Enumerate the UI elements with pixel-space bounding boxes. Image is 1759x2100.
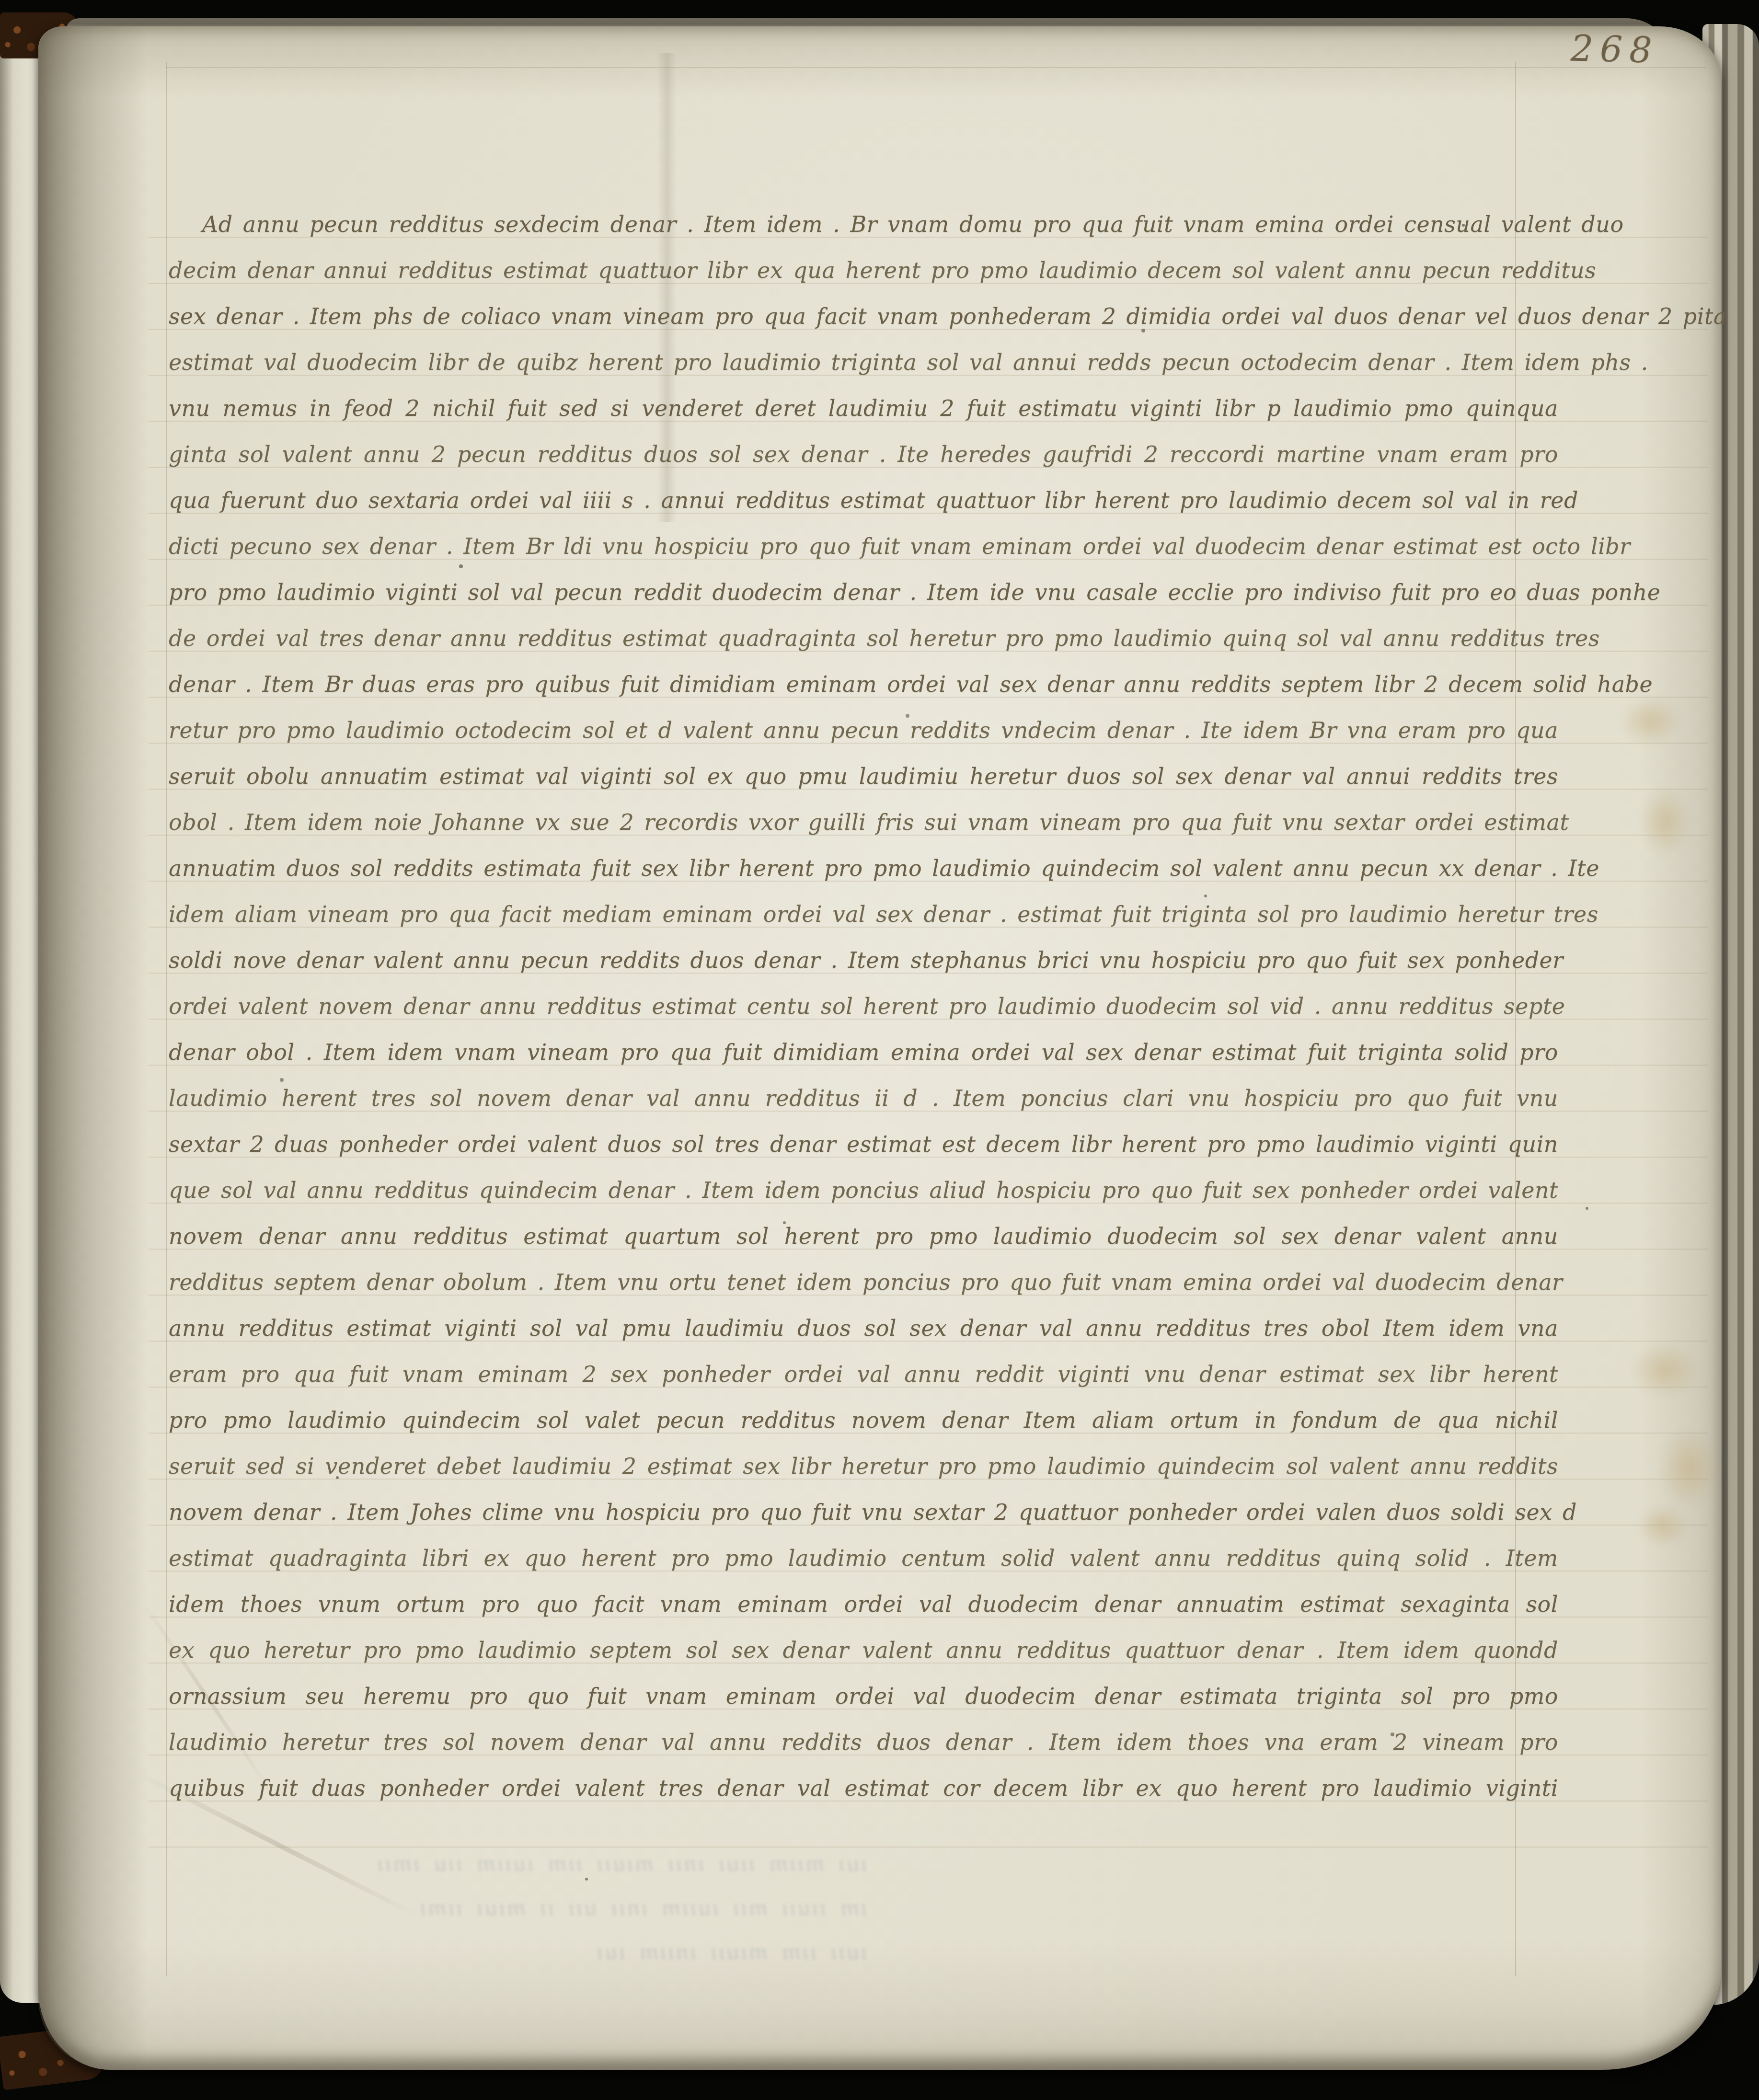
manuscript-line: ornassium seu heremu pro quo fuit vnam e… bbox=[169, 1673, 1558, 1719]
manuscript-line: seruit obolu annuatim estimat val vigint… bbox=[169, 753, 1558, 799]
manuscript-line: pro pmo laudimio viginti sol val pecun r… bbox=[169, 569, 1558, 615]
manuscript-line: estimat quadraginta libri ex quo herent … bbox=[169, 1535, 1558, 1581]
manuscript-line: ordei valent novem denar annu redditus e… bbox=[169, 983, 1558, 1029]
stain bbox=[1629, 1342, 1701, 1399]
manuscript-line: que sol val annu redditus quindecim dena… bbox=[169, 1167, 1558, 1213]
manuscript-line: idem thoes vnum ortum pro quo facit vnam… bbox=[169, 1581, 1558, 1627]
manuscript-line: annuatim duos sol reddits estimata fuit … bbox=[169, 845, 1558, 891]
show-through-line: ım ııuıı mıı ıuıım ınıı uıı ıı mıuı ıımı bbox=[187, 1886, 867, 1930]
manuscript-photo: { "folio": { "number": "268" }, "manuscr… bbox=[0, 0, 1759, 2100]
stain bbox=[1620, 695, 1682, 747]
show-through-line: ıuıı ıım mıuıı ınıım ıuı bbox=[187, 1930, 867, 1974]
manuscript-line: idem aliam vineam pro qua facit mediam e… bbox=[169, 891, 1558, 937]
manuscript-text-block: Ad annu pecun redditus sexdecim denar . … bbox=[169, 201, 1558, 1811]
manuscript-line: sex denar . Item phs de coliaco vnam vin… bbox=[169, 293, 1558, 339]
manuscript-line: quibus fuit duas ponheder ordei valent t… bbox=[169, 1765, 1558, 1811]
manuscript-line: qua fuerunt duo sextaria ordei val iiii … bbox=[169, 477, 1558, 523]
manuscript-line: decim denar annui redditus estimat quatt… bbox=[169, 247, 1558, 293]
manuscript-line: denar . Item Br duas eras pro quibus fui… bbox=[169, 661, 1558, 707]
manuscript-line: eram pro qua fuit vnam eminam 2 sex ponh… bbox=[169, 1351, 1558, 1397]
manuscript-line: vnu nemus in feod 2 nichil fuit sed si v… bbox=[169, 385, 1558, 431]
manuscript-line: ginta sol valent annu 2 pecun redditus d… bbox=[169, 431, 1558, 477]
show-through-text: ıuı mıım ııuı ınıı mıuıı ıım ıuıım ııu ı… bbox=[187, 1842, 867, 1974]
manuscript-line: seruit sed si venderet debet laudimiu 2 … bbox=[169, 1443, 1558, 1489]
manuscript-line: soldi nove denar valent annu pecun reddi… bbox=[169, 937, 1558, 983]
stain bbox=[1639, 786, 1691, 858]
stain bbox=[1636, 1504, 1689, 1548]
gutter-shadow bbox=[38, 26, 149, 2070]
manuscript-line: Ad annu pecun redditus sexdecim denar . … bbox=[169, 201, 1558, 247]
folio-number: 268 bbox=[1570, 28, 1659, 72]
top-ruling-line bbox=[166, 67, 1706, 68]
manuscript-line: estimat val duodecim libr de quibz heren… bbox=[169, 339, 1558, 385]
ink-specks bbox=[38, 26, 40, 28]
manuscript-line: redditus septem denar obolum . Item vnu … bbox=[169, 1259, 1558, 1305]
manuscript-line: pro pmo laudimio quindecim sol valet pec… bbox=[169, 1397, 1558, 1443]
manuscript-line: ex quo heretur pro pmo laudimio septem s… bbox=[169, 1627, 1558, 1673]
manuscript-line: laudimio herent tres sol novem denar val… bbox=[169, 1075, 1558, 1121]
manuscript-line: retur pro pmo laudimio octodecim sol et … bbox=[169, 707, 1558, 753]
manuscript-line: novem denar . Item Johes clime vnu hospi… bbox=[169, 1489, 1558, 1535]
parchment-page: 268 ıuı mıım ııuı ınıı mıuıı ıım ıuıım ı… bbox=[38, 26, 1721, 2070]
manuscript-line: annu redditus estimat viginti sol val pm… bbox=[169, 1305, 1558, 1351]
manuscript-line: sextar 2 duas ponheder ordei valent duos… bbox=[169, 1121, 1558, 1167]
stain bbox=[1658, 1428, 1720, 1509]
show-through-line: ıuı mıım ııuı ınıı mıuıı ıım ıuıım ııu ı… bbox=[187, 1842, 867, 1886]
manuscript-line: obol . Item idem noie Johanne vx sue 2 r… bbox=[169, 799, 1558, 845]
manuscript-line: novem denar annu redditus estimat quartu… bbox=[169, 1213, 1558, 1259]
manuscript-line: de ordei val tres denar annu redditus es… bbox=[169, 615, 1558, 661]
manuscript-line: laudimio heretur tres sol novem denar va… bbox=[169, 1719, 1558, 1765]
manuscript-line: denar obol . Item idem vnam vineam pro q… bbox=[169, 1029, 1558, 1075]
manuscript-line: dicti pecuno sex denar . Item Br ldi vnu… bbox=[169, 523, 1558, 569]
